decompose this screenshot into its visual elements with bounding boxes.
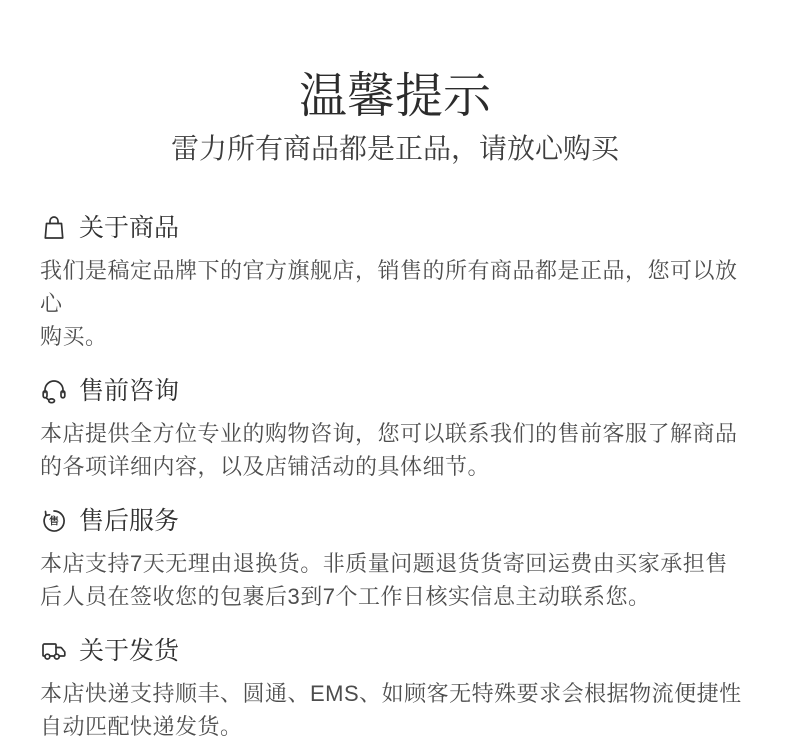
section-header: 售 售后服务 [40,505,750,537]
section-header: 关于商品 [40,212,750,244]
body-line: 后人员在签收您的包裹后3到7个工作日核实信息主动联系您。 [40,580,750,613]
warm-tips-page: 温馨提示 雷力所有商品都是正品，请放心购买 关于商品 我们是稿定品牌下的官方旗舰… [0,0,790,755]
body-line: 我们是稿定品牌下的官方旗舰店，销售的所有商品都是正品，您可以放心 [40,254,750,320]
body-line: 自动匹配快递发货。 [40,710,750,743]
after-sale-icon: 售 [40,507,68,535]
shopping-bag-icon [40,214,68,242]
page-subtitle: 雷力所有商品都是正品，请放心购买 [0,132,790,166]
section-body: 本店快递支持顺丰、圆通、EMS、如顾客无特殊要求会根据物流便捷性 自动匹配快递发… [40,677,750,743]
body-line: 的各项详细内容，以及店铺活动的具体细节。 [40,450,750,483]
section-presale-consult: 售前咨询 本店提供全方位专业的购物咨询，您可以联系我们的售前客服了解商品 的各项… [40,375,750,483]
title-block: 温馨提示 雷力所有商品都是正品，请放心购买 [0,0,790,166]
body-line: 本店快递支持顺丰、圆通、EMS、如顾客无特殊要求会根据物流便捷性 [40,677,750,710]
section-heading: 关于发货 [79,635,179,667]
body-line: 本店支持7天无理由退换货。非质量问题退货货寄回运费由买家承担售 [40,547,750,580]
svg-text:售: 售 [49,515,59,528]
section-heading: 关于商品 [79,212,179,244]
body-line: 购买。 [40,320,750,353]
headset-icon [40,377,68,405]
body-line: 本店提供全方位专业的购物咨询，您可以联系我们的售前客服了解商品 [40,417,750,450]
sections: 关于商品 我们是稿定品牌下的官方旗舰店，销售的所有商品都是正品，您可以放心 购买… [0,212,790,743]
section-aftersale-service: 售 售后服务 本店支持7天无理由退换货。非质量问题退货货寄回运费由买家承担售 后… [40,505,750,613]
section-body: 本店提供全方位专业的购物咨询，您可以联系我们的售前客服了解商品 的各项详细内容，… [40,417,750,483]
section-body: 本店支持7天无理由退换货。非质量问题退货货寄回运费由买家承担售 后人员在签收您的… [40,547,750,613]
section-body: 我们是稿定品牌下的官方旗舰店，销售的所有商品都是正品，您可以放心 购买。 [40,254,750,353]
section-header: 关于发货 [40,635,750,667]
truck-icon [40,637,68,665]
section-header: 售前咨询 [40,375,750,407]
section-shipping: 关于发货 本店快递支持顺丰、圆通、EMS、如顾客无特殊要求会根据物流便捷性 自动… [40,635,750,743]
section-about-product: 关于商品 我们是稿定品牌下的官方旗舰店，销售的所有商品都是正品，您可以放心 购买… [40,212,750,353]
page-title: 温馨提示 [0,70,790,124]
section-heading: 售前咨询 [79,375,179,407]
section-heading: 售后服务 [79,505,179,537]
